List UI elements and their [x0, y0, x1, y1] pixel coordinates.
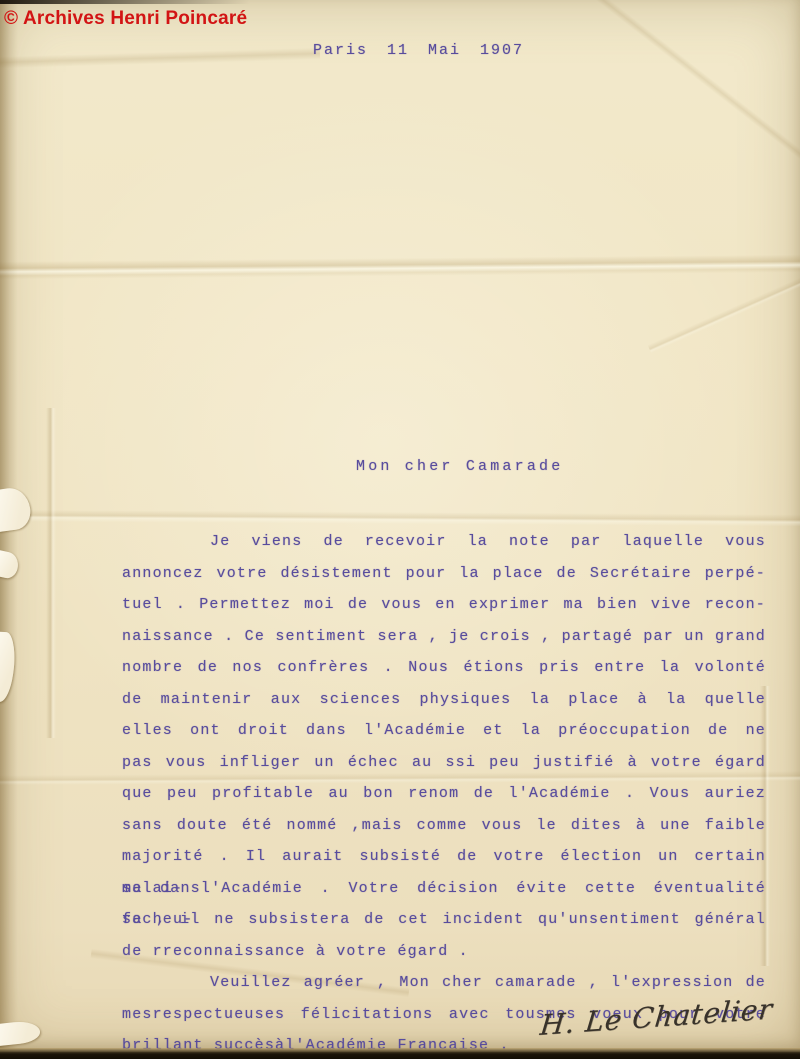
body-line: Je viens de recevoir la note par laquell… [122, 526, 766, 558]
body-line: que peu profitable au bon renom de l'Aca… [122, 778, 766, 810]
fold-crease-diagonal-2 [648, 256, 800, 354]
fold-crease-diagonal-1 [594, 0, 800, 159]
dateline: Paris 11 Mai 1907 [313, 42, 524, 59]
copyright-watermark: © Archives Henri Poincaré [4, 8, 247, 30]
body-line: sans doute été nommé ,mais comme vous le… [122, 810, 766, 842]
body-line: Veuillez agréer , Mon cher camarade , l'… [122, 967, 766, 999]
scanned-letter-page: { "watermark": { "text": "© Archives Hen… [0, 0, 800, 1059]
body-line: de maintenir aux sciences physiques la p… [122, 684, 766, 716]
paper-tear-1 [0, 486, 33, 533]
paper-tear-4 [0, 1020, 41, 1047]
body-line: de rreconnaissance à votre égard . [122, 936, 766, 968]
salutation: Mon cher Camarade [356, 458, 563, 475]
letter-paper: © Archives Henri Poincaré Paris 11 Mai 1… [0, 0, 800, 1052]
body-line: naissance . Ce sentiment sera , je crois… [122, 621, 766, 653]
fold-crease-horizontal-1 [0, 255, 800, 280]
letter-body: Je viens de recevoir la note par laquell… [122, 526, 766, 1059]
scan-bottom-edge [0, 1048, 800, 1059]
body-line: majorité . Il aurait subsisté de votre é… [122, 841, 766, 873]
fold-crease-vertical-left [46, 408, 56, 738]
fold-crease-top [0, 48, 320, 69]
fold-crease-horizontal-2 [0, 510, 800, 527]
body-line: se , il ne subsistera de cet incident qu… [122, 904, 766, 936]
body-line: nombre de nos confrères . Nous étions pr… [122, 652, 766, 684]
body-line: tuel . Permettez moi de vous en exprimer… [122, 589, 766, 621]
body-line: pas vous infliger un échec au ssi peu ju… [122, 747, 766, 779]
body-line: se dansl'Académie . Votre décision évite… [122, 873, 766, 905]
scan-top-edge [0, 0, 250, 4]
body-line: annoncez votre désistement pour la place… [122, 558, 766, 590]
body-line: elles ont droit dans l'Académie et la pr… [122, 715, 766, 747]
